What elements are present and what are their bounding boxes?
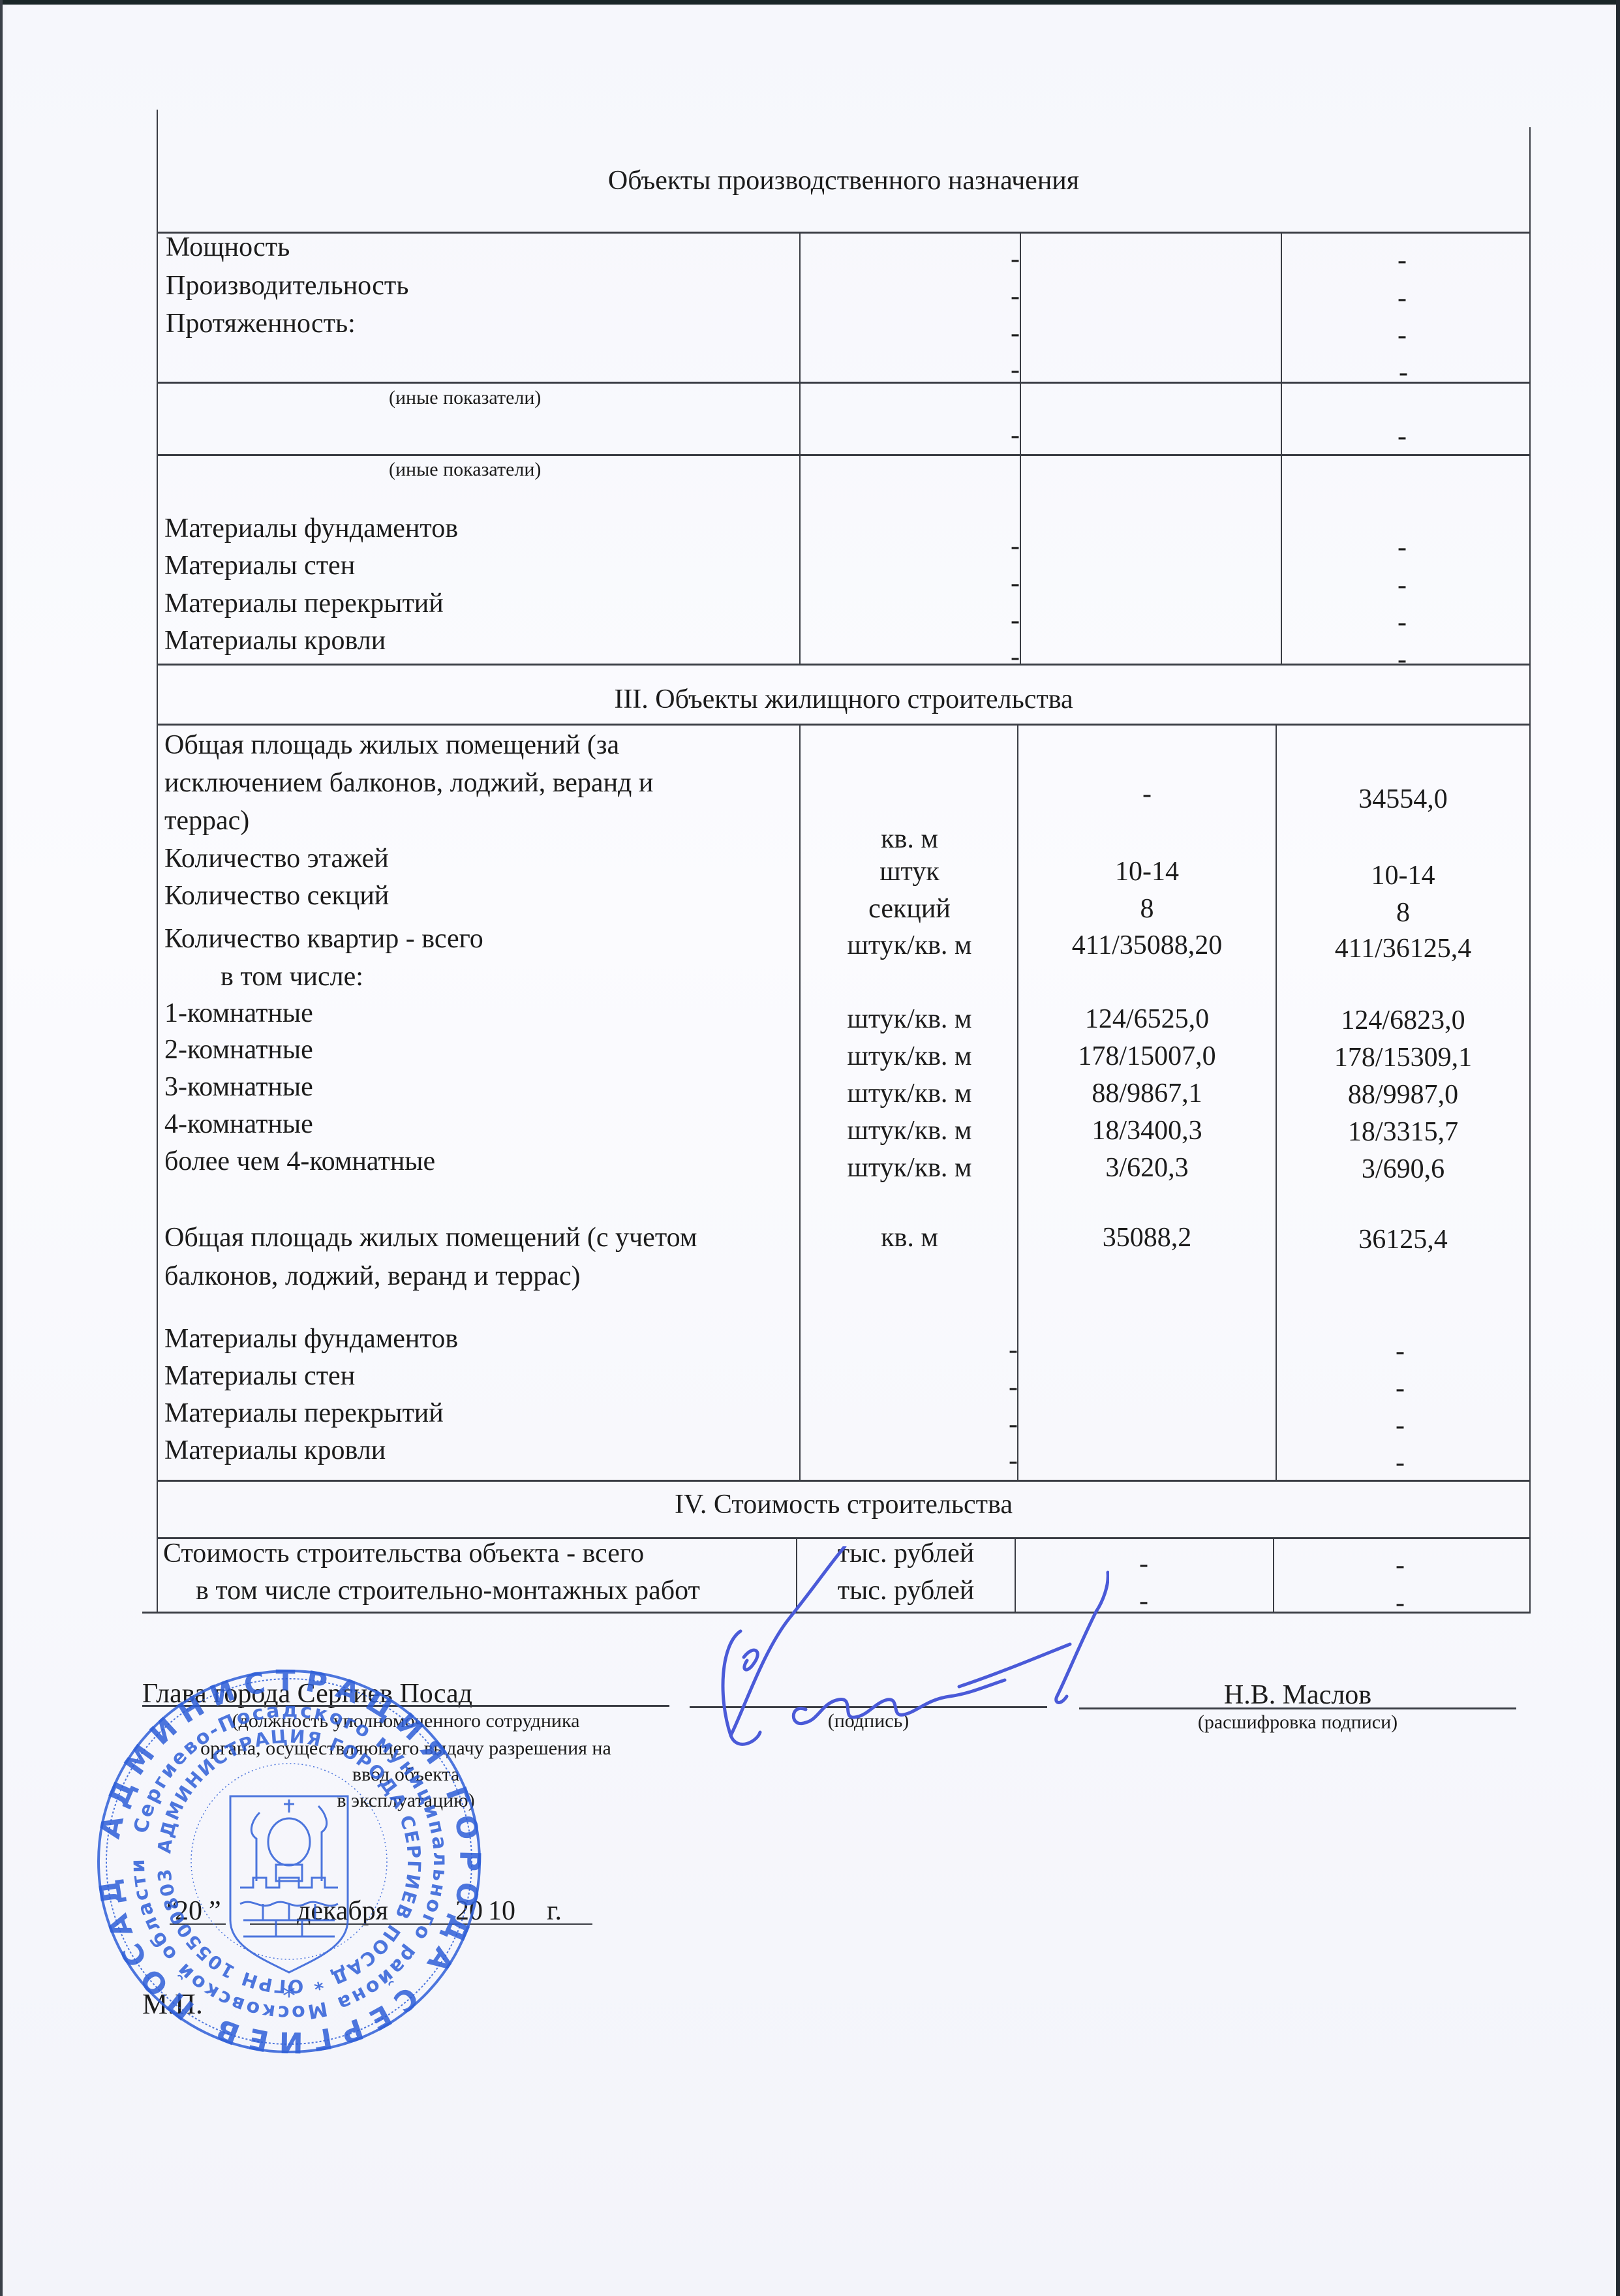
value-actual: - <box>1397 604 1407 641</box>
row-label: террас) <box>164 802 249 840</box>
value-actual: - <box>1395 1370 1405 1407</box>
row-unit: штук/кв. м <box>801 926 1018 964</box>
value-actual: - <box>1397 641 1407 679</box>
scan-edge-right <box>1616 0 1620 2296</box>
value-actual: 3/690,6 <box>1277 1150 1529 1188</box>
value-project: 3/620,3 <box>1018 1149 1276 1187</box>
row-unit: штук/кв. м <box>801 1037 1018 1075</box>
rule <box>157 232 1531 234</box>
row-unit: штук/кв. м <box>801 1112 1018 1150</box>
section-title-industrial: Объекты производственного назначения <box>157 162 1531 200</box>
value-project: - <box>1010 638 1020 676</box>
col-divider <box>799 233 801 664</box>
value-project: - <box>1010 602 1020 639</box>
value-project: - <box>1010 416 1020 454</box>
name-caption: (расшифровка подписи) <box>1079 1709 1516 1736</box>
value-project: 178/15007,0 <box>1018 1037 1276 1075</box>
value-project: - <box>1010 527 1020 565</box>
row-label: балконов, лоджий, веранд и террас) <box>164 1257 580 1295</box>
value-project: 18/3400,3 <box>1018 1112 1276 1150</box>
row-unit: штук/кв. м <box>801 1000 1018 1038</box>
material-label: Материалы кровли <box>164 1431 386 1469</box>
value-project: - <box>1008 1331 1018 1369</box>
value-actual: 88/9987,0 <box>1277 1076 1529 1114</box>
svg-text:Сергиево-Посадского муниципаль: Сергиево-Посадского муниципального район… <box>127 1699 451 2024</box>
row-unit: штук <box>801 853 1018 891</box>
rule <box>157 382 1531 384</box>
material-label: Материалы стен <box>164 547 355 585</box>
value-actual: 411/36125,4 <box>1277 930 1529 968</box>
value-project: 8 <box>1018 890 1276 928</box>
row-label: Количество секций <box>164 877 389 915</box>
value-actual: - <box>1397 418 1407 455</box>
handwritten-signature-icon <box>692 1546 1109 1762</box>
value-actual: - <box>1395 1584 1405 1622</box>
col-divider <box>1281 233 1282 664</box>
scan-edge-left <box>0 0 3 2296</box>
value-actual: - <box>1395 1444 1405 1482</box>
row-unit: штук/кв. м <box>801 1149 1018 1187</box>
row-label: Количество этажей <box>164 840 389 878</box>
value-actual: - <box>1395 1407 1405 1445</box>
official-name: Н.В. Маслов <box>1079 1676 1516 1714</box>
value-actual: 178/15309,1 <box>1277 1039 1529 1077</box>
including-label: в том числе: <box>221 958 363 996</box>
apartment-type: 3-комнатные <box>164 1068 313 1106</box>
value-actual: 124/6823,0 <box>1277 1002 1529 1039</box>
value-project: - <box>1008 1405 1018 1443</box>
value-project: - <box>1010 240 1020 278</box>
material-label: Материалы фундаментов <box>164 510 458 547</box>
material-label: Материалы перекрытий <box>164 1394 444 1432</box>
rule <box>157 454 1531 456</box>
value-actual: - <box>1397 528 1407 566</box>
section-title-housing: III. Объекты жилищного строительства <box>157 681 1531 718</box>
table-border-right <box>1529 127 1531 1613</box>
rule <box>157 724 1531 726</box>
value-project: - <box>1010 564 1020 602</box>
row-label: Общая площадь жилых помещений (за <box>164 726 619 764</box>
apartment-type: 1-комнатные <box>164 994 313 1032</box>
value-project: 88/9867,1 <box>1018 1075 1276 1112</box>
material-label: Материалы кровли <box>164 622 386 660</box>
value-actual: 8 <box>1277 894 1529 932</box>
indicator-label: Производительность <box>166 267 408 305</box>
row-unit: кв. м <box>801 1219 1018 1257</box>
cost-label: Стоимость строительства объекта - всего <box>163 1535 644 1572</box>
material-label: Материалы перекрытий <box>164 585 444 622</box>
value-project: - <box>1010 277 1020 315</box>
value-project: - <box>1008 1368 1018 1406</box>
value-actual: - <box>1397 316 1407 354</box>
value-actual: 36125,4 <box>1277 1221 1529 1259</box>
value-project: 10-14 <box>1018 853 1276 891</box>
value-actual: 34554,0 <box>1277 780 1529 818</box>
svg-text:*: * <box>283 1982 296 2012</box>
rule <box>157 1480 1531 1482</box>
material-label: Материалы стен <box>164 1357 355 1395</box>
other-indicators-label: (иные показатели) <box>389 457 541 483</box>
value-actual: - <box>1398 354 1409 391</box>
table-border-left <box>157 110 158 1613</box>
row-unit: секций <box>801 890 1018 928</box>
other-indicators-label: (иные показатели) <box>389 385 541 411</box>
row-label: исключением балконов, лоджий, веранд и <box>164 764 653 802</box>
value-project: 411/35088,20 <box>1018 926 1276 964</box>
col-divider <box>1273 1537 1274 1612</box>
value-actual: - <box>1397 241 1407 279</box>
value-actual: - <box>1395 1332 1405 1370</box>
apartment-type: 2-комнатные <box>164 1031 313 1069</box>
value-project: - <box>1139 1582 1149 1620</box>
value-actual: 10-14 <box>1277 857 1529 895</box>
rule <box>157 664 1531 666</box>
indicator-label: Мощность <box>166 228 290 266</box>
indicator-label: Протяженность: <box>166 305 356 343</box>
value-project: - <box>1139 1545 1149 1583</box>
value-actual: - <box>1395 1546 1405 1584</box>
value-actual: 18/3315,7 <box>1277 1113 1529 1151</box>
value-actual: - <box>1397 279 1407 317</box>
value-actual: - <box>1397 566 1407 604</box>
cost-label: в том числе строительно-монтажных работ <box>196 1572 700 1610</box>
value-project: 35088,2 <box>1018 1219 1276 1257</box>
scan-edge-top <box>0 0 1620 5</box>
section-title-cost: IV. Стоимость строительства <box>157 1486 1531 1523</box>
row-unit: штук/кв. м <box>801 1075 1018 1112</box>
row-label: Общая площадь жилых помещений (с учетом <box>164 1219 697 1257</box>
value-project: - <box>1010 351 1020 389</box>
row-label: Количество квартир - всего <box>164 920 483 958</box>
material-label: Материалы фундаментов <box>164 1320 458 1358</box>
apartment-type: 4-комнатные <box>164 1105 313 1143</box>
value-project: - <box>1010 314 1020 352</box>
value-project: - <box>1008 1442 1018 1480</box>
official-stamp-icon: АДМИНИСТРАЦИЯ ГОРОДА СЕРГИЕВ ПОСАД Серги… <box>93 1666 485 2057</box>
value-project: - <box>1018 775 1276 813</box>
apartment-type: более чем 4-комнатные <box>164 1142 435 1180</box>
value-project: 124/6525,0 <box>1018 1000 1276 1038</box>
